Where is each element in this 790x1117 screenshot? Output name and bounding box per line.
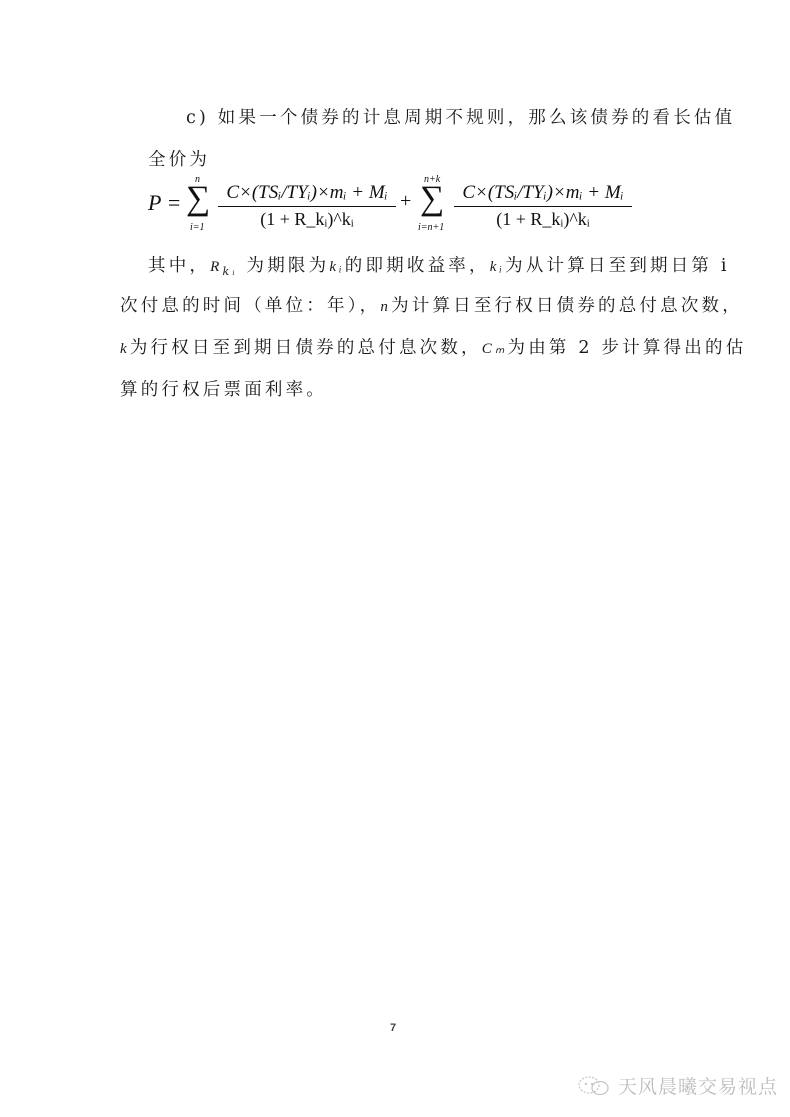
fraction-1: C×(TSᵢ/TYᵢ)×mᵢ + Mᵢ (1 + R_kᵢ)^kᵢ	[218, 182, 396, 230]
text: 为行权日至到期日债券的总付息次数，	[130, 338, 482, 358]
paragraph-c-line1: c) 如果一个债券的计息周期不规则，那么该债券的看长估值	[186, 104, 735, 129]
watermark: 天风晨曦交易视点	[576, 1072, 778, 1099]
symbol-r-subscript: kᵢ	[222, 265, 237, 278]
watermark-text: 天风晨曦交易视点	[618, 1072, 778, 1099]
symbol-cm: Cₘ	[482, 341, 508, 357]
formula-plus: +	[400, 190, 411, 213]
text: 为从计算日至到期日第 i	[505, 256, 730, 276]
text: 其中，	[148, 256, 210, 276]
sigma-icon: ∑	[186, 182, 210, 216]
sum-2-lower: i=n+1	[418, 222, 444, 233]
fraction-1-numerator: C×(TSᵢ/TYᵢ)×mᵢ + Mᵢ	[218, 182, 396, 207]
text: 的即期收益率，	[345, 256, 490, 276]
paragraph-c-line2: 全价为	[148, 146, 210, 171]
fraction-2: C×(TSᵢ/TYᵢ)×mᵢ + Mᵢ (1 + R_kᵢ)^kᵢ	[454, 182, 632, 230]
wechat-icon	[576, 1075, 612, 1097]
sum-1: n ∑ i=1	[186, 178, 216, 230]
symbol-k: k	[120, 341, 130, 357]
text: 为计算日至行权日债券的总付息次数，	[391, 296, 743, 316]
explanation-line2: 次付息的时间（单位：年），n为计算日至行权日债券的总付息次数，	[120, 292, 743, 317]
explanation-line3: k为行权日至到期日债券的总付息次数，Cₘ为由第 2 步计算得出的估	[120, 334, 746, 359]
explanation-line4: 算的行权后票面利率。	[120, 376, 327, 401]
fraction-2-numerator: C×(TSᵢ/TYᵢ)×mᵢ + Mᵢ	[454, 182, 632, 207]
sum-2: n+k ∑ i=n+1	[418, 178, 452, 230]
pricing-formula: P = n ∑ i=1 C×(TSᵢ/TYᵢ)×mᵢ + Mᵢ (1 + R_k…	[148, 172, 648, 234]
symbol-r: R	[210, 259, 222, 275]
sigma-icon: ∑	[420, 182, 444, 216]
symbol-k: kᵢ	[329, 259, 344, 275]
fraction-1-denominator: (1 + R_kᵢ)^kᵢ	[218, 207, 396, 230]
fraction-2-denominator: (1 + R_kᵢ)^kᵢ	[454, 207, 632, 230]
formula-lhs: P =	[148, 190, 181, 216]
page-number: 7	[390, 1022, 396, 1034]
sum-1-lower: i=1	[190, 222, 205, 233]
text: 次付息的时间（单位：年），	[120, 296, 380, 316]
text: 为由第 2 步计算得出的估	[508, 338, 747, 358]
symbol-k: kᵢ	[490, 259, 505, 275]
explanation-line1: 其中，Rkᵢ 为期限为kᵢ的即期收益率，kᵢ为从计算日至到期日第 i	[148, 252, 730, 278]
text: 为期限为	[247, 256, 330, 276]
symbol-n: n	[380, 299, 391, 315]
